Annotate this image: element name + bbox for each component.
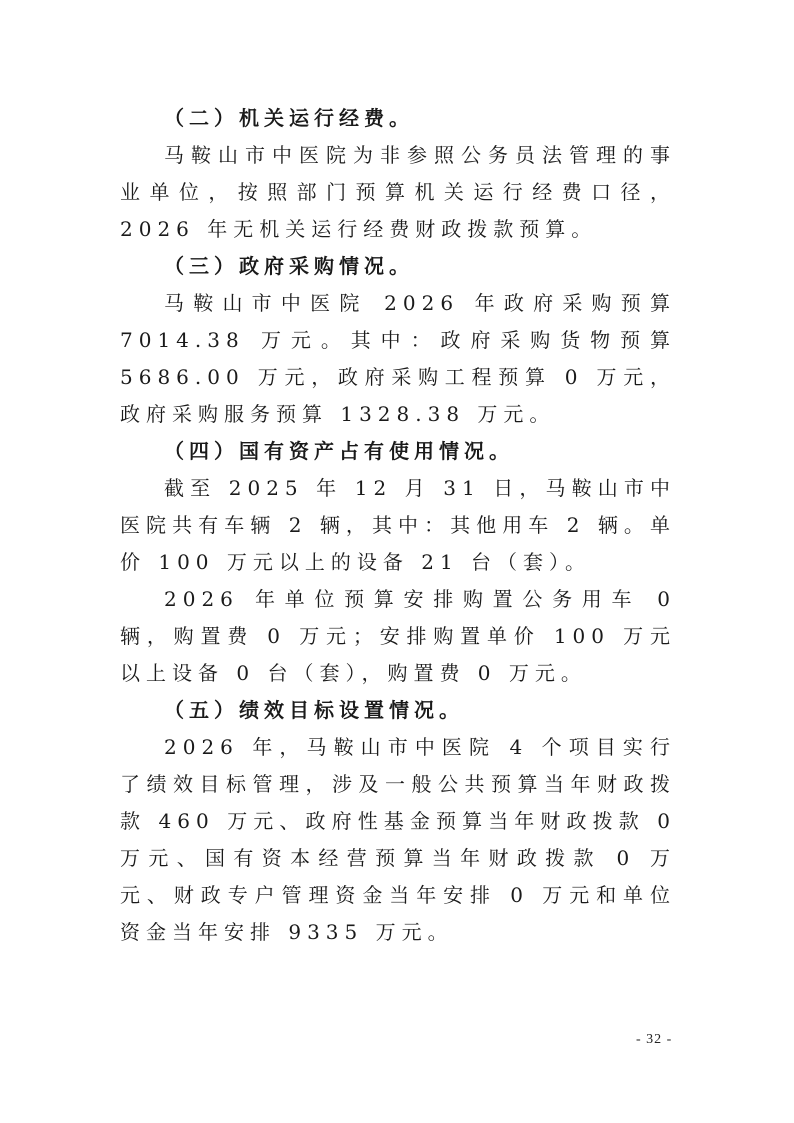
section-paragraph: 截至 2025 年 12 月 31 日，马鞍山市中医院共有车辆 2 辆，其中：其… [120, 470, 676, 581]
section-paragraph: 马鞍山市中医院 2026 年政府采购预算 7014.38 万元。其中：政府采购货… [120, 285, 676, 433]
section-heading: （三）政府采购情况。 [120, 248, 676, 285]
section-heading: （四）国有资产占有使用情况。 [120, 433, 676, 470]
page-number: - 32 - [636, 1032, 672, 1048]
section-paragraph: 2026 年单位预算安排购置公务用车 0 辆，购置费 0 万元；安排购置单价 1… [120, 581, 676, 692]
section-heading: （二）机关运行经费。 [120, 100, 676, 137]
document-page: （二）机关运行经费。 马鞍山市中医院为非参照公务员法管理的事业单位，按照部门预算… [120, 100, 676, 951]
section-paragraph: 2026 年，马鞍山市中医院 4 个项目实行了绩效目标管理，涉及一般公共预算当年… [120, 729, 676, 951]
section-state-assets: （四）国有资产占有使用情况。 截至 2025 年 12 月 31 日，马鞍山市中… [120, 433, 676, 692]
section-heading: （五）绩效目标设置情况。 [120, 692, 676, 729]
section-government-procurement: （三）政府采购情况。 马鞍山市中医院 2026 年政府采购预算 7014.38 … [120, 248, 676, 433]
section-performance-targets: （五）绩效目标设置情况。 2026 年，马鞍山市中医院 4 个项目实行了绩效目标… [120, 692, 676, 951]
section-office-operating-expenses: （二）机关运行经费。 马鞍山市中医院为非参照公务员法管理的事业单位，按照部门预算… [120, 100, 676, 248]
section-paragraph: 马鞍山市中医院为非参照公务员法管理的事业单位，按照部门预算机关运行经费口径，20… [120, 137, 676, 248]
